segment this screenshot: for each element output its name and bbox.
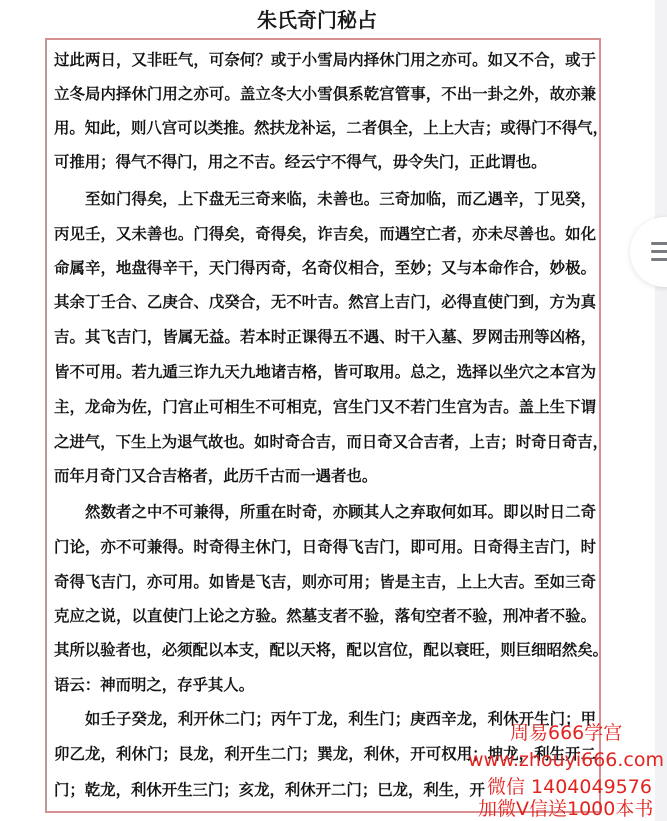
watermark-wechat: 微信 1404049576	[487, 776, 652, 798]
text-line: 语云：神而明之，存乎其人。	[54, 675, 596, 695]
text-line: 其余丁壬合、乙庚合、戊癸合，无不叶吉。然宫上吉门，必得直使门到，方为真	[54, 292, 596, 312]
text-line: 其所以验者也，必须配以本支，配以天将，配以宫位，配以衰旺，则巨细昭然矣。	[54, 640, 596, 660]
text-line: 克应之说，以直使门上论之方验。然墓支者不验，落旬空者不验，刑冲者不验。	[54, 606, 596, 626]
text-line: 过此两日，又非旺气，可奈何？或于小雪局内择休门用之亦可。如又不合，或于	[54, 50, 596, 70]
text-line: 立冬局内择休门用之亦可。盖立冬大小雪俱系乾宫管事，不出一卦之外，故亦兼	[54, 84, 596, 104]
watermark-url: www.zhouyi666.com	[468, 749, 664, 771]
document-text-box: 过此两日，又非旺气，可奈何？或于小雪局内择休门用之亦可。如又不合，或于 立冬局内…	[45, 38, 601, 813]
text-line: 至如门得矣，上下盘无三奇来临，未善也。三奇加临，而乙遇辛，丁见癸，	[85, 189, 596, 209]
text-line: 可推用；得气不得门，用之不吉。经云宁不得气，毋令失门，正此谓也。	[54, 152, 596, 172]
text-line: 吉。其飞吉门，皆属无益。若本时正课得五不遇、时干入墓、罗网击刑等凶格，	[54, 327, 596, 347]
text-line: 主，龙命为佐，门宫止可相生不可相克，宫生门又不若门生宫为吉。盖上生下谓	[54, 397, 596, 417]
page-title: 朱氏奇门秘占	[0, 6, 634, 34]
menu-button[interactable]	[630, 217, 667, 287]
watermark-brand: 周易666学宫	[510, 722, 622, 744]
text-line: 之进气，下生上为退气故也。如时奇合吉，而日奇又合吉者，上吉；时奇日奇吉，	[54, 432, 596, 452]
text-line: 丙见壬，又未善也。门得矣，奇得矣，诈吉矣，而遇空亡者，亦未尽善也。如化	[54, 224, 596, 244]
text-line: 皆不可用。若九遁三诈九天九地诸吉格，皆可取用。总之，选择以坐穴之本宫为	[54, 362, 596, 382]
text-line: 命属辛，地盘得辛干，天门得丙奇，名奇仪相合，至妙；又与本命作合，妙极。	[54, 258, 596, 278]
watermark-promo: 加微V信送1000本书	[478, 798, 653, 820]
text-line: 然数者之中不可兼得，所重在时奇，亦顾其人之弃取何如耳。即以时日二奇	[85, 502, 596, 522]
text-line: 而年月奇门又合吉格者，此历千古而一遇者也。	[54, 466, 596, 486]
text-line: 门论，亦不可兼得。时奇得主休门，日奇得飞吉门，即可用。日奇得主吉门，时	[54, 537, 596, 557]
text-line: 奇得飞吉门，亦可用。如皆是飞吉，则亦可用；皆是主吉，上上大吉。至如三奇	[54, 572, 596, 592]
side-scroll-rail[interactable]	[655, 0, 667, 821]
text-line: 用。知此，则八宫可以类推。然扶龙补运，二者俱全，上上大吉；或得门不得气，	[54, 118, 596, 138]
